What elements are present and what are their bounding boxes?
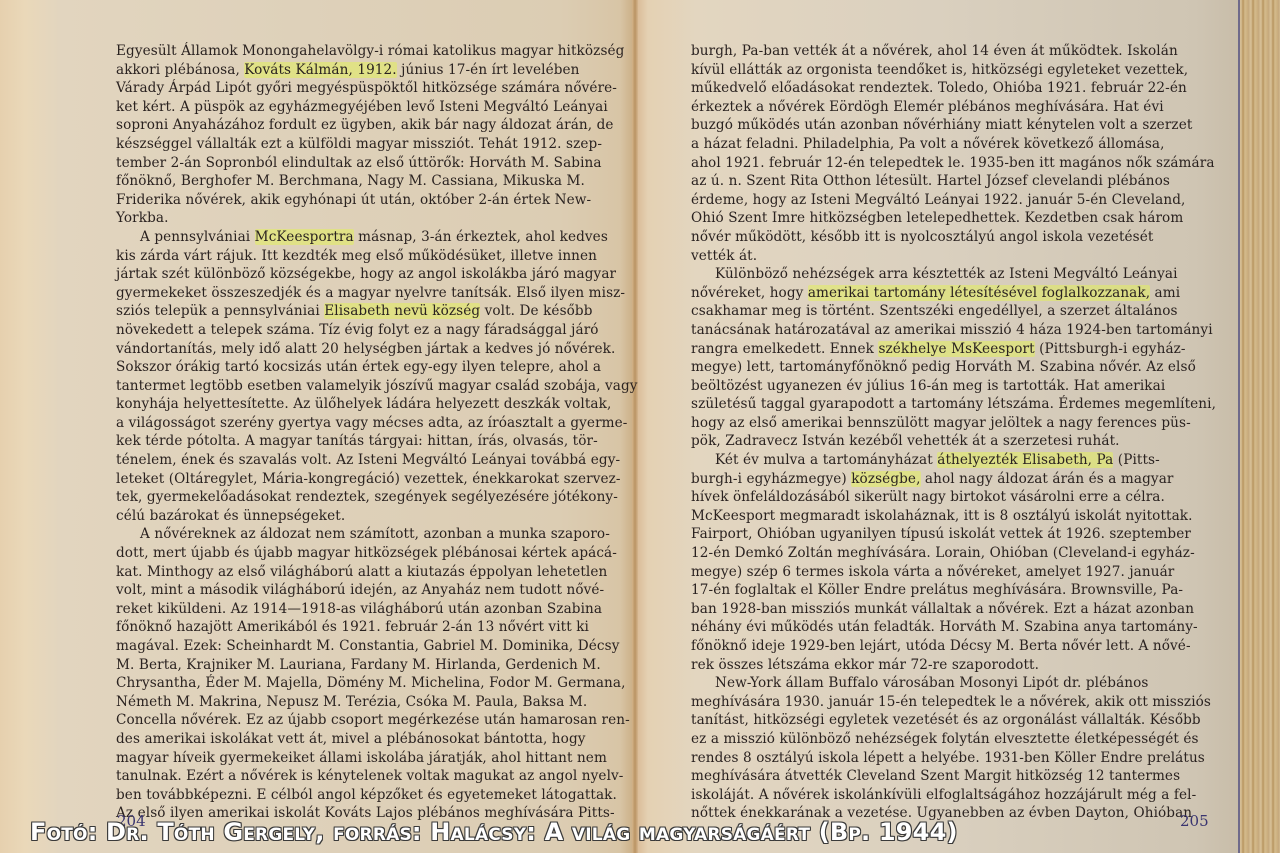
text-line: célú bazárokat és ünnepségeket. (116, 507, 571, 526)
text-line: New-York állam Buffalo városában Mosonyi… (691, 674, 1147, 693)
text-run: gyermekeket összeszedjék és a magyar nye… (116, 285, 625, 301)
text-run: tanulnak. Ezért a nővérek is kénytelenek… (116, 768, 624, 784)
text-line: megye) szép 6 termes iskola várta a nővé… (691, 563, 1147, 582)
text-run: tanácsának határozatával az amerikai mis… (691, 322, 1213, 338)
highlighted-text: községbe, (851, 471, 920, 487)
text-line: konyhája helyettesítette. Az ülőhelyek l… (116, 395, 571, 414)
text-line: ban 1928-ban missziós munkát vállaltak a… (691, 600, 1147, 619)
text-run: sziós telepük a pennsylvániai (116, 303, 324, 319)
text-line: burgh-i egyházmegye) községbe, ahol nagy… (691, 470, 1147, 489)
highlighted-text: Kováts Kálmán, 1912. (244, 62, 396, 78)
text-run: csakhamar meg is történt. Szentszéki eng… (691, 303, 1178, 319)
text-run: (Pitts- (1113, 452, 1159, 468)
text-line: ez a misszió különböző nehézségek folytá… (691, 730, 1147, 749)
text-run: célú bazárokat és ünnepségeket. (116, 508, 345, 524)
text-run: tantermet legtöbb esetben valamelyik jós… (116, 378, 638, 394)
text-line: a világosságot szerény gyertya vagy mécs… (116, 414, 571, 433)
text-run: hívek önfeláldozásából sikerült nagy bir… (691, 489, 1165, 505)
text-line: Concella nővérek. Ez az újabb csoport me… (116, 711, 571, 730)
text-line: leteket (Oltáregylet, Mária-kongregáció)… (116, 470, 571, 489)
text-run: akkori plébánosa, (116, 62, 244, 78)
text-line: tantermet legtöbb esetben valamelyik jós… (116, 377, 571, 396)
text-line: tanácsának határozatával az amerikai mis… (691, 321, 1147, 340)
text-line: Várady Árpád Lipót győri megyéspüspöktől… (116, 79, 571, 98)
text-run: főnöknő ideje 1929-ben lejárt, utóda Déc… (691, 638, 1191, 654)
text-line: ket kért. A püspök az egyházmegyéjében l… (116, 98, 571, 117)
text-run: ben továbbképezni. E célból angol képzők… (116, 787, 617, 803)
text-run: ahol nagy áldozat árán és a magyar (921, 471, 1174, 487)
text-run: megye) szép 6 termes iskola várta a nővé… (691, 564, 1174, 580)
text-line: hívek önfeláldozásából sikerült nagy bir… (691, 488, 1147, 507)
open-book: Egyesült Államok Monongahelavölgy-i róma… (0, 0, 1280, 853)
text-run: McKeesport megmaradt iskolaháznak, itt i… (691, 508, 1193, 524)
text-line: rangra emelkedett. Ennek székhelye MsKee… (691, 340, 1147, 359)
text-line: A nővéreknek az áldozat nem számított, a… (116, 525, 571, 544)
text-line: pök, Zadravecz István kezéből vehették á… (691, 432, 1147, 451)
text-run: az ú. n. Szent Rita Otthon létesült. Har… (691, 173, 1170, 189)
text-line: buzgó működés után azonban nővérhiány mi… (691, 116, 1147, 135)
text-line: főnöknő hazajött Amerikából és 1921. feb… (116, 618, 571, 637)
text-run: dott, mert újabb és újabb magyar hitközs… (116, 545, 617, 561)
text-line: vándortanítás, mely idő alatt 20 helység… (116, 340, 571, 359)
text-run: a világosságot szerény gyertya vagy mécs… (116, 415, 628, 431)
text-line: kat. Minthogy az első világháború alatt … (116, 563, 571, 582)
text-run: rendes 8 osztályú iskola lépett a helyéb… (691, 750, 1205, 766)
text-run: meghívására átvették Cleveland Szent Mar… (691, 768, 1180, 784)
text-run: rek összes létszáma ekkor már 72-re szap… (691, 657, 1039, 673)
text-line: rendes 8 osztályú iskola lépett a helyéb… (691, 749, 1147, 768)
text-run: június 17-én írt levelében (397, 62, 580, 78)
text-run: Friderika nővérek, akik egyhónapi út utá… (116, 192, 591, 208)
text-line: tanítást, hitközségi egyletek vezetését … (691, 711, 1147, 730)
text-line: kek térde pótolta. A magyar tanítás tárg… (116, 432, 571, 451)
text-line: műkedvelő előadásokat rendeztek. Toledo,… (691, 79, 1147, 98)
highlighted-text: amerikai tartomány létesítésével foglalk… (808, 285, 1150, 301)
text-line: főnöknő ideje 1929-ben lejárt, utóda Déc… (691, 637, 1147, 656)
left-page-text: Egyesült Államok Monongahelavölgy-i róma… (116, 42, 571, 823)
text-run: burgh, Pa-ban vették át a nővérek, ahol … (691, 43, 1178, 59)
text-line: Fairport, Ohióban ugyanilyen típusú isko… (691, 525, 1147, 544)
text-run: növekedett a telepek száma. Tíz évig fol… (116, 322, 599, 338)
text-line: volt, mint a második világháború idején,… (116, 581, 571, 600)
text-run: vándortanítás, mely idő alatt 20 helység… (116, 341, 615, 357)
text-line: Két év mulva a tartományházat áthelyezté… (691, 451, 1147, 470)
text-run: Németh M. Makrina, Nepusz M. Terézia, Cs… (116, 694, 587, 710)
text-run: nővéreket, hogy (691, 285, 808, 301)
text-run: soproni Anyaházához fordult ez ügyben, a… (116, 117, 614, 133)
text-run: a házat feladni. Philadelphia, Pa volt a… (691, 136, 1165, 152)
text-run: buzgó működés után azonban nővérhiány mi… (691, 117, 1192, 133)
text-run: A nővéreknek az áldozat nem számított, a… (140, 526, 610, 542)
text-line: tember 2-án Sopronból elindultak az első… (116, 154, 571, 173)
text-run: 17-én foglaltak el Köller Endre prelátus… (691, 582, 1183, 598)
text-run: kívül ellátták az orgonista teendőket is… (691, 62, 1188, 78)
text-run: Sokszor órákig tartó kocsizás után értek… (116, 359, 601, 375)
text-run: érkeztek a nővérek Eördögh Elemér plébán… (691, 99, 1164, 115)
text-line: születésű taggal gyarapodott a tartomány… (691, 395, 1147, 414)
text-run: ami (1150, 285, 1180, 301)
text-line: reket kiküldeni. Az 1914—1918-as világhá… (116, 600, 571, 619)
text-line: érdeme, hogy az Isteni Megváltó Leányai … (691, 191, 1147, 210)
text-run: megye) lett, tartományfőnöknő pedig Horv… (691, 359, 1196, 375)
text-line: ahol 1921. február 12-én telepedtek le. … (691, 154, 1147, 173)
text-run: műkedvelő előadásokat rendeztek. Toledo,… (691, 80, 1187, 96)
text-line: készséggel vállalták ezt a külföldi magy… (116, 135, 571, 154)
text-run: tanítást, hitközségi egyletek vezetését … (691, 712, 1201, 728)
photo-credit-caption: Fotó: Dr. Tóth Gergely, forrás: Halácsy:… (30, 818, 1260, 846)
text-line: A pennsylvániai McKeesportra másnap, 3-á… (116, 228, 571, 247)
text-line: Chrysantha, Éder M. Majella, Dömény M. M… (116, 674, 571, 693)
text-run: jártak szét különböző községekbe, hogy a… (116, 266, 616, 282)
text-run: pök, Zadravecz István kezéből vehették á… (691, 433, 1120, 449)
text-run: főnöknő, Berghofer M. Berchmana, Nagy M.… (116, 173, 585, 189)
text-run: New-York állam Buffalo városában Mosonyi… (715, 675, 1149, 691)
text-run: volt, mint a második világháború idején,… (116, 582, 604, 598)
text-run: érdeme, hogy az Isteni Megváltó Leányai … (691, 192, 1185, 208)
text-line: 12-én Demkó Zoltán meghívására. Lorain, … (691, 544, 1147, 563)
text-line: csakhamar meg is történt. Szentszéki eng… (691, 302, 1147, 321)
text-run: születésű taggal gyarapodott a tartomány… (691, 396, 1216, 412)
text-line: Németh M. Makrina, Nepusz M. Terézia, Cs… (116, 693, 571, 712)
text-line: dott, mert újabb és újabb magyar hitközs… (116, 544, 571, 563)
text-line: tanulnak. Ezért a nővérek is kénytelenek… (116, 767, 571, 786)
text-run: des amerikai iskolákat vett át, mivel a … (116, 731, 586, 747)
text-line: a házat feladni. Philadelphia, Pa volt a… (691, 135, 1147, 154)
text-run: Két év mulva a tartományházat (715, 452, 937, 468)
text-line: jártak szét különböző községekbe, hogy a… (116, 265, 571, 284)
text-run: Ohió Szent Imre hitközségben letelepedhe… (691, 210, 1183, 226)
book-gutter (632, 0, 638, 853)
text-line: burgh, Pa-ban vették át a nővérek, ahol … (691, 42, 1147, 61)
text-line: magával. Ezek: Scheinhardt M. Constantia… (116, 637, 571, 656)
text-run: kek térde pótolta. A magyar tanítás tárg… (116, 433, 598, 449)
highlighted-text: áthelyezték Elisabeth, Pa (937, 452, 1113, 468)
text-run: iskoláját. A nővérek iskolánkívüli elfog… (691, 787, 1196, 803)
text-run: volt. De később (480, 303, 592, 319)
text-run: ez a misszió különböző nehézségek folytá… (691, 731, 1199, 747)
highlighted-text: Elisabeth nevü község (324, 303, 480, 319)
text-line: Egyesült Államok Monongahelavölgy-i róma… (116, 42, 571, 61)
text-line: des amerikai iskolákat vett át, mivel a … (116, 730, 571, 749)
text-run: Yorkba. (116, 210, 169, 226)
text-run: nővér működött, később itt is nyolcosztá… (691, 229, 1153, 245)
text-run: ket kért. A püspök az egyházmegyéjében l… (116, 99, 608, 115)
text-line: gyermekeket összeszedjék és a magyar nye… (116, 284, 571, 303)
text-line: hogy az első amerikai bennszülött magyar… (691, 414, 1147, 433)
text-run: (Pittsburgh-i egyház- (1035, 341, 1186, 357)
text-line: nővéreket, hogy amerikai tartomány létes… (691, 284, 1147, 303)
text-line: Ohió Szent Imre hitközségben letelepedhe… (691, 209, 1147, 228)
text-line: Yorkba. (116, 209, 571, 228)
text-run: leteket (Oltáregylet, Mária-kongregáció)… (116, 471, 621, 487)
text-line: meghívására 1930. január 15-én telepedte… (691, 693, 1147, 712)
text-run: burgh-i egyházmegye) (691, 471, 851, 487)
page-edge-stack (1238, 0, 1280, 853)
text-run: rangra emelkedett. Ennek (691, 341, 878, 357)
text-line: Sokszor órákig tartó kocsizás után értek… (116, 358, 571, 377)
text-line: az ú. n. Szent Rita Otthon létesült. Har… (691, 172, 1147, 191)
text-run: konyhája helyettesítette. Az ülőhelyek l… (116, 396, 611, 412)
text-run: hogy az első amerikai bennszülött magyar… (691, 415, 1191, 431)
right-page-text: burgh, Pa-ban vették át a nővérek, ahol … (691, 42, 1147, 823)
text-run: Concella nővérek. Ez az újabb csoport me… (116, 712, 630, 728)
text-run: ténelem, ének és szavalás volt. Az Isten… (116, 452, 620, 468)
text-line: rek összes létszáma ekkor már 72-re szap… (691, 656, 1147, 675)
text-run: kat. Minthogy az első világháború alatt … (116, 564, 607, 580)
text-line: ténelem, ének és szavalás volt. Az Isten… (116, 451, 571, 470)
text-line: 17-én foglaltak el Köller Endre prelátus… (691, 581, 1147, 600)
text-run: Chrysantha, Éder M. Majella, Dömény M. M… (116, 675, 626, 691)
text-line: magyar híveik gyermekeiket állami iskolá… (116, 749, 571, 768)
text-run: magyar híveik gyermekeiket állami iskolá… (116, 750, 607, 766)
text-run: ahol 1921. február 12-én telepedtek le. … (691, 155, 1215, 171)
text-line: kívül ellátták az orgonista teendőket is… (691, 61, 1147, 80)
text-run: Várady Árpád Lipót győri megyéspüspöktől… (116, 80, 617, 96)
text-run: reket kiküldeni. Az 1914—1918-as világhá… (116, 601, 602, 617)
text-run: Különböző nehézségek arra késztették az … (715, 266, 1178, 282)
text-run: tember 2-án Sopronból elindultak az első… (116, 155, 602, 171)
text-run: vették át. (691, 248, 757, 264)
text-line: ben továbbképezni. E célból angol képzők… (116, 786, 571, 805)
text-line: soproni Anyaházához fordult ez ügyben, a… (116, 116, 571, 135)
text-run: M. Berta, Krajniker M. Lauriana, Fardany… (116, 657, 601, 673)
text-line: érkeztek a nővérek Eördögh Elemér plébán… (691, 98, 1147, 117)
text-line: meghívására átvették Cleveland Szent Mar… (691, 767, 1147, 786)
text-line: sziós telepük a pennsylvániai Elisabeth … (116, 302, 571, 321)
text-run: meghívására 1930. január 15-én telepedte… (691, 694, 1211, 710)
text-line: Különböző nehézségek arra késztették az … (691, 265, 1147, 284)
text-run: 12-én Demkó Zoltán meghívására. Lorain, … (691, 545, 1195, 561)
text-line: nővér működött, később itt is nyolcosztá… (691, 228, 1147, 247)
text-run: néhány évi működés után feladták. Horvát… (691, 619, 1198, 635)
text-run: Egyesült Államok Monongahelavölgy-i róma… (116, 43, 624, 59)
text-line: néhány évi működés után feladták. Horvát… (691, 618, 1147, 637)
text-run: A pennsylvániai (140, 229, 255, 245)
text-run: Fairport, Ohióban ugyanilyen típusú isko… (691, 526, 1191, 542)
text-run: főnöknő hazajött Amerikából és 1921. feb… (116, 619, 589, 635)
text-line: McKeesport megmaradt iskolaháznak, itt i… (691, 507, 1147, 526)
text-line: tek, gyermekelőadásokat rendeztek, szegé… (116, 488, 571, 507)
text-run: ban 1928-ban missziós munkát vállaltak a… (691, 601, 1194, 617)
text-line: beöltözést ugyanezen év július 16-án meg… (691, 377, 1147, 396)
text-line: vették át. (691, 247, 1147, 266)
text-run: készséggel vállalták ezt a külföldi magy… (116, 136, 602, 152)
text-line: főnöknő, Berghofer M. Berchmana, Nagy M.… (116, 172, 571, 191)
text-line: akkori plébánosa, Kováts Kálmán, 1912. j… (116, 61, 571, 80)
text-run: másnap, 3-án érkeztek, ahol kedves (354, 229, 608, 245)
text-run: tek, gyermekelőadásokat rendeztek, szegé… (116, 489, 618, 505)
text-line: megye) lett, tartományfőnöknő pedig Horv… (691, 358, 1147, 377)
text-line: M. Berta, Krajniker M. Lauriana, Fardany… (116, 656, 571, 675)
text-line: növekedett a telepek száma. Tíz évig fol… (116, 321, 571, 340)
text-run: beöltözést ugyanezen év július 16-án meg… (691, 378, 1165, 394)
text-run: magával. Ezek: Scheinhardt M. Constantia… (116, 638, 619, 654)
text-run: kis zárda várt rájuk. Itt kezdték meg el… (116, 248, 597, 264)
highlighted-text: székhelye MsKeesport (878, 341, 1034, 357)
text-line: iskoláját. A nővérek iskolánkívüli elfog… (691, 786, 1147, 805)
text-line: kis zárda várt rájuk. Itt kezdték meg el… (116, 247, 571, 266)
highlighted-text: McKeesportra (255, 229, 354, 245)
text-line: Friderika nővérek, akik egyhónapi út utá… (116, 191, 571, 210)
